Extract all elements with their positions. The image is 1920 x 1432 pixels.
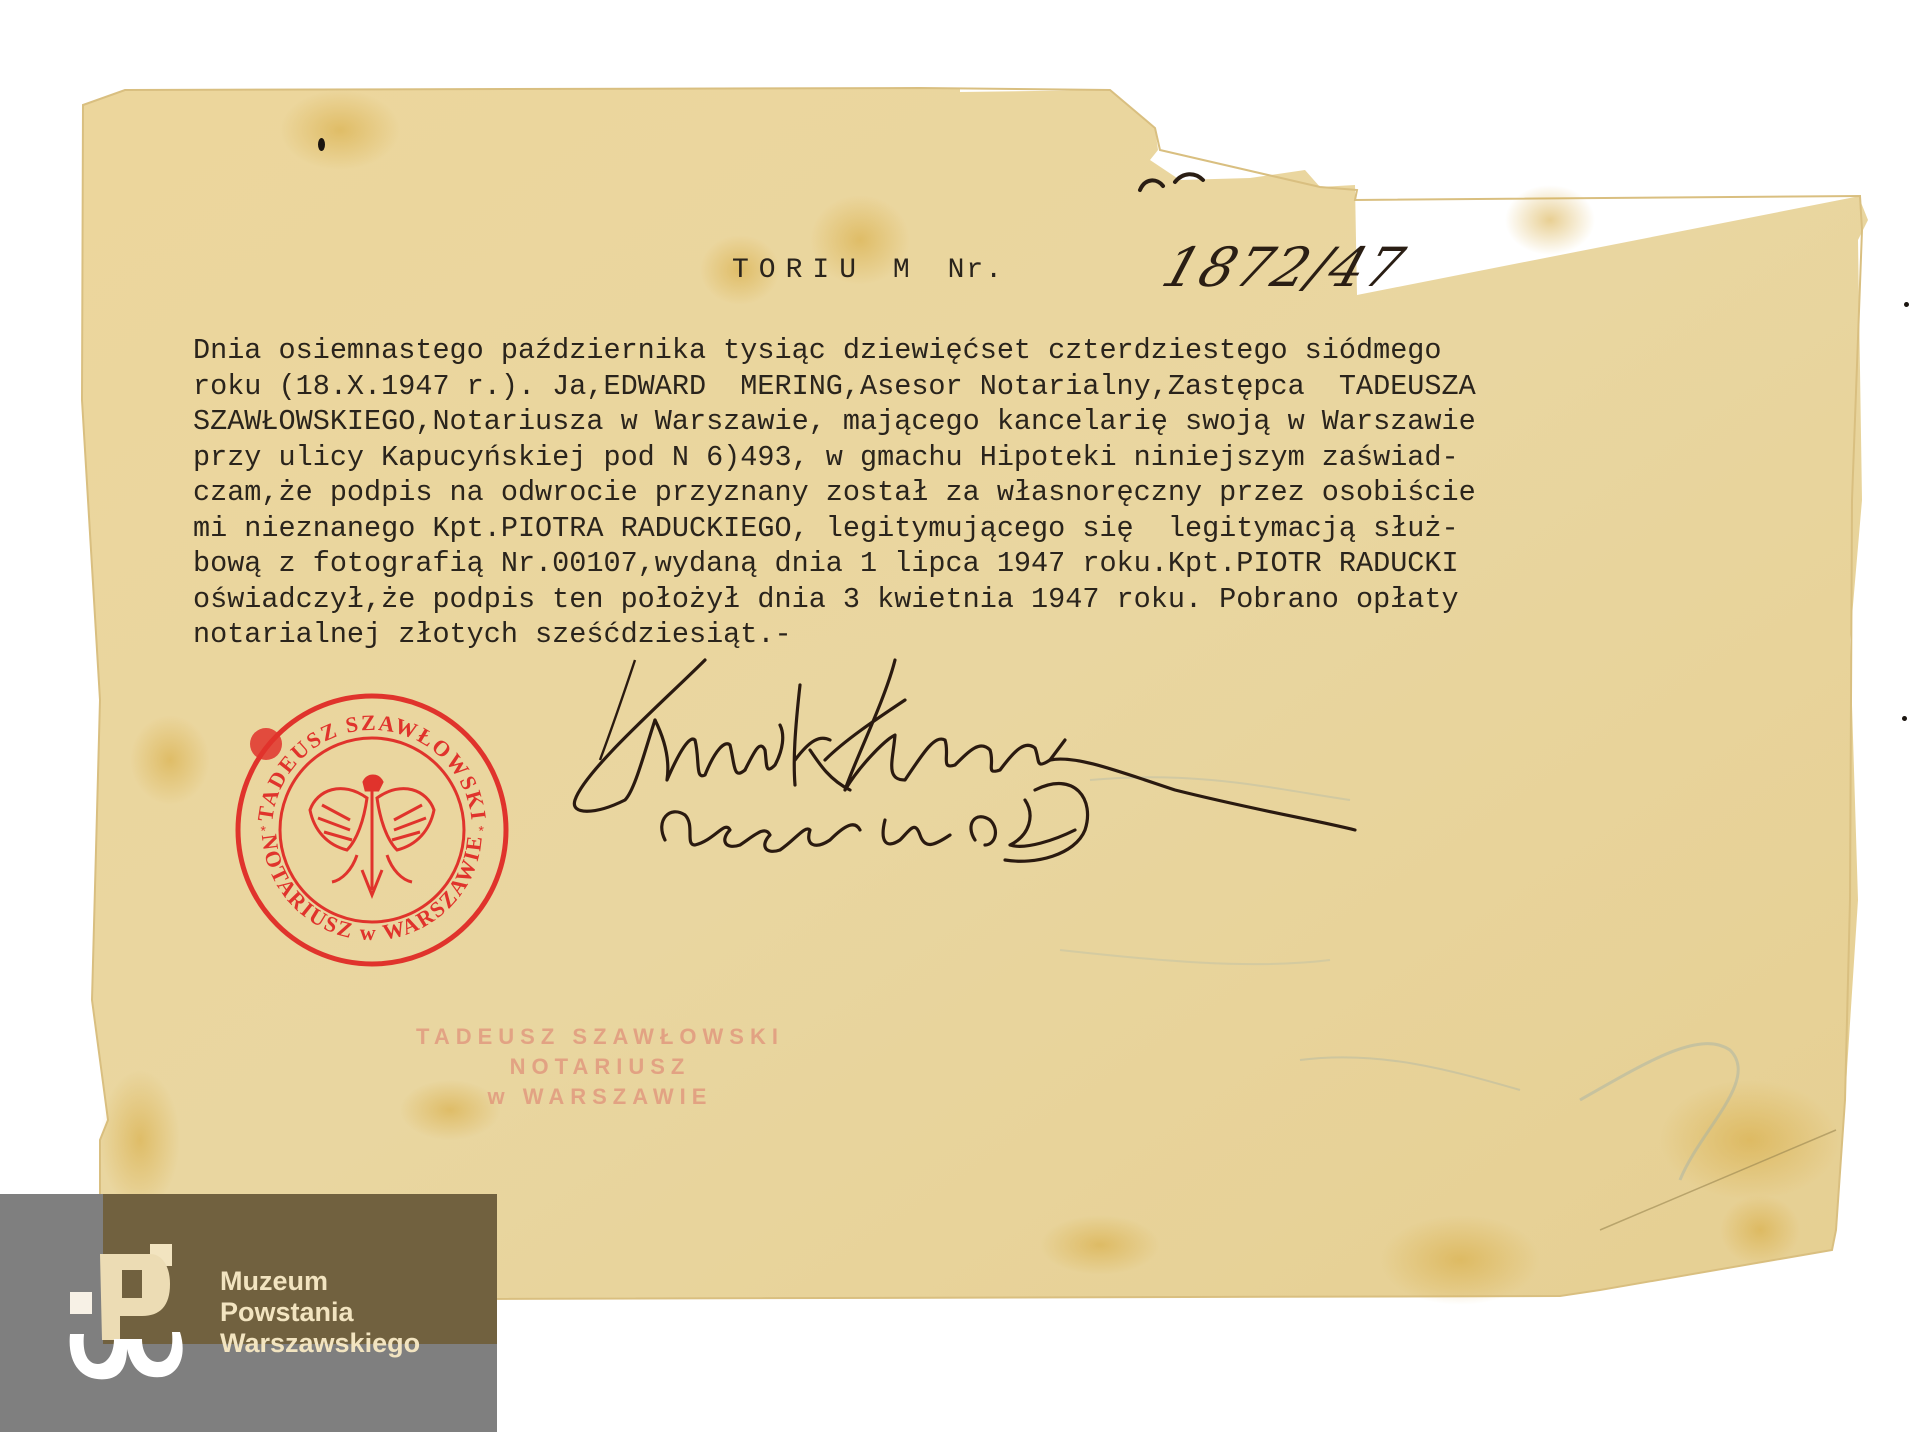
watermark-line2: Powstania xyxy=(220,1297,420,1328)
faded-stamp-impression: TADEUSZ SZAWŁOWSKI NOTARIUSZ w WARSZAWIE xyxy=(370,1022,830,1122)
body-line: czam,że podpis na odwrocie przyznany zos… xyxy=(193,475,1476,511)
handwritten-signature xyxy=(555,640,1655,870)
handwritten-register-number: 1872/47 xyxy=(1155,236,1414,299)
watermark-text: Muzeum Powstania Warszawskiego xyxy=(220,1266,420,1359)
top-handwritten-mark xyxy=(1135,160,1255,200)
body-line: mi nieznanego Kpt.PIOTRA RADUCKIEGO, leg… xyxy=(193,511,1476,547)
signature-strokes-icon xyxy=(555,640,1655,870)
heading-title: TORIU M xyxy=(732,255,920,286)
ink-speck xyxy=(1904,302,1909,307)
stamp-seal-icon: TADEUSZ SZAWŁOWSKI NOTARIUSZ w WARSZAWIE… xyxy=(232,690,512,970)
body-line: roku (18.X.1947 r.). Ja,EDWARD MERING,As… xyxy=(193,369,1476,405)
heading-number-label: Nr. xyxy=(948,255,1004,286)
watermark-line3: Warszawskiego xyxy=(220,1328,420,1359)
faded-stamp-line3: w WARSZAWIE xyxy=(370,1082,830,1112)
document-heading: TORIU MNr. xyxy=(732,255,1004,286)
eagle-icon xyxy=(310,776,434,895)
body-line: SZAWŁOWSKIEGO,Notariusza w Warszawie, ma… xyxy=(193,404,1476,440)
watermark-line1: Muzeum xyxy=(220,1266,420,1297)
ink-speck xyxy=(1902,716,1907,721)
svg-text:*: * xyxy=(477,825,485,841)
faded-stamp-line2: NOTARIUSZ xyxy=(370,1052,830,1082)
body-line: przy ulicy Kapucyńskiej pod N 6)493, w g… xyxy=(193,440,1476,476)
document-body: Dnia osiemnastego października tysiąc dz… xyxy=(193,333,1476,653)
notary-stamp: TADEUSZ SZAWŁOWSKI NOTARIUSZ w WARSZAWIE… xyxy=(232,690,512,970)
body-line: oświadczył,że podpis ten położył dnia 3 … xyxy=(193,582,1476,618)
ink-speck xyxy=(318,138,325,151)
body-line: bową z fotografią Nr.00107,wydaną dnia 1… xyxy=(193,546,1476,582)
kotwica-pw-logo-icon xyxy=(62,1244,192,1384)
faded-stamp-line1: TADEUSZ SZAWŁOWSKI xyxy=(370,1022,830,1052)
body-line: Dnia osiemnastego października tysiąc dz… xyxy=(193,333,1476,369)
museum-watermark: Muzeum Powstania Warszawskiego xyxy=(0,1194,497,1432)
svg-text:*: * xyxy=(259,825,267,841)
